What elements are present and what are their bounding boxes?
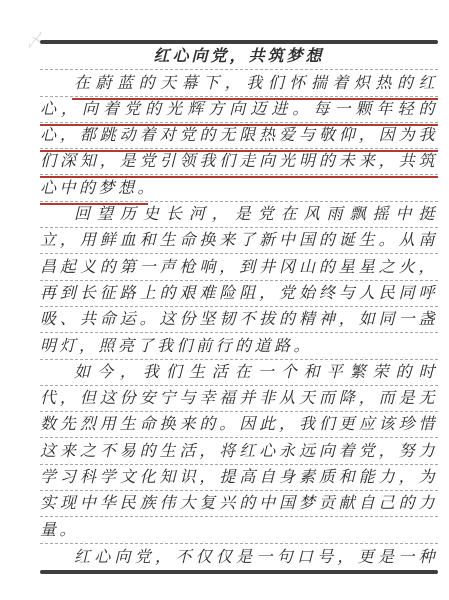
essay-line-text: 这来之不易的生活，将红心永远向着党，努力: [40, 444, 438, 464]
essay-line-text: 数先烈用生命换来的。因此，我们更应该珍惜: [40, 417, 438, 437]
page-bottom-border: [40, 570, 438, 574]
essay-line: 心，都跳动着对党的无限热爱与敬仰，因为我: [40, 123, 438, 149]
essay-line-text: 如今，我们生活在一个和平繁荣的时: [40, 365, 438, 385]
essay-line: 如今，我们生活在一个和平繁荣的时: [40, 360, 438, 386]
red-underline: [40, 176, 438, 178]
essay-line-text: 心，都跳动着对党的无限热爱与敬仰，因为我: [40, 128, 438, 148]
essay-line: 这来之不易的生活，将红心永远向着党，努力: [40, 438, 438, 464]
essay-line: 回望历史长河，是党在风雨飘摇中挺: [40, 202, 438, 228]
essay-title: 红心向党，共筑梦想: [40, 49, 438, 69]
essay-line: 学习科学文化知识，提高自身素质和能力，为: [40, 465, 438, 491]
essay-line: 明灯，照亮了我们前行的道路。: [40, 333, 438, 359]
essay-line: 在蔚蓝的天幕下，我们怀揣着炽热的红: [40, 70, 438, 96]
essay-body: 红心向党，共筑梦想 在蔚蓝的天幕下，我们怀揣着炽热的红心，向着党的光辉方向迈进。…: [40, 44, 438, 570]
essay-line-text: 昌起义的第一声枪响，到井冈山的星星之火，: [40, 260, 438, 280]
essay-line-text: 实现中华民族伟大复兴的中国梦贡献自己的力: [40, 496, 438, 516]
essay-line: 心，向着党的光辉方向迈进。每一颗年轻的: [40, 97, 438, 123]
essay-line: 代，但这份安宁与幸福并非从天而降，而是无: [40, 386, 438, 412]
essay-line: 们深知，是党引领我们走向光明的未来，共筑: [40, 149, 438, 175]
essay-title-row: 红心向党，共筑梦想: [40, 44, 438, 70]
handwritten-essay-page: 乄 红心向党，共筑梦想 在蔚蓝的天幕下，我们怀揣着炽热的红心，向着党的光辉方向迈…: [0, 0, 449, 600]
essay-line: 红心向党，不仅仅是一句口号，更是一种: [40, 544, 438, 570]
essay-line: 昌起义的第一声枪响，到井冈山的星星之火，: [40, 254, 438, 280]
essay-line-text: 心，向着党的光辉方向迈进。每一颗年轻的: [40, 102, 438, 122]
essay-line: 实现中华民族伟大复兴的中国梦贡献自己的力: [40, 491, 438, 517]
essay-line-text: 学习科学文化知识，提高自身素质和能力，为: [40, 470, 438, 490]
essay-line: 量。: [40, 517, 438, 543]
red-underline: [40, 150, 438, 152]
red-underline: [40, 124, 438, 126]
essay-line-text: 量。: [40, 523, 438, 543]
essay-line: 数先烈用生命换来的。因此，我们更应该珍惜: [40, 412, 438, 438]
essay-line-text: 立，用鲜血和生命换来了新中国的诞生。从南: [40, 233, 438, 253]
red-underline: [40, 203, 148, 205]
essay-line-text: 明灯，照亮了我们前行的道路。: [40, 339, 438, 359]
essay-line-text: 们深知，是党引领我们走向光明的未来，共筑: [40, 154, 438, 174]
essay-line-text: 在蔚蓝的天幕下，我们怀揣着炽热的红: [40, 76, 438, 96]
essay-line: 心中的梦想。: [40, 175, 438, 201]
essay-line-text: 再到长征路上的艰难险阻，党始终与人民同呼: [40, 286, 438, 306]
essay-line: 吸、共命运。这份坚韧不拔的精神，如同一盏: [40, 307, 438, 333]
red-underline: [72, 98, 438, 100]
essay-line-text: 心中的梦想。: [40, 181, 438, 201]
essay-line-text: 红心向党，不仅仅是一句口号，更是一种: [40, 550, 438, 570]
essay-line: 立，用鲜血和生命换来了新中国的诞生。从南: [40, 228, 438, 254]
essay-line-text: 代，但这份安宁与幸福并非从天而降，而是无: [40, 391, 438, 411]
essay-line-text: 回望历史长河，是党在风雨飘摇中挺: [40, 207, 438, 227]
essay-line-text: 吸、共命运。这份坚韧不拔的精神，如同一盏: [40, 312, 438, 332]
essay-line: 再到长征路上的艰难险阻，党始终与人民同呼: [40, 281, 438, 307]
